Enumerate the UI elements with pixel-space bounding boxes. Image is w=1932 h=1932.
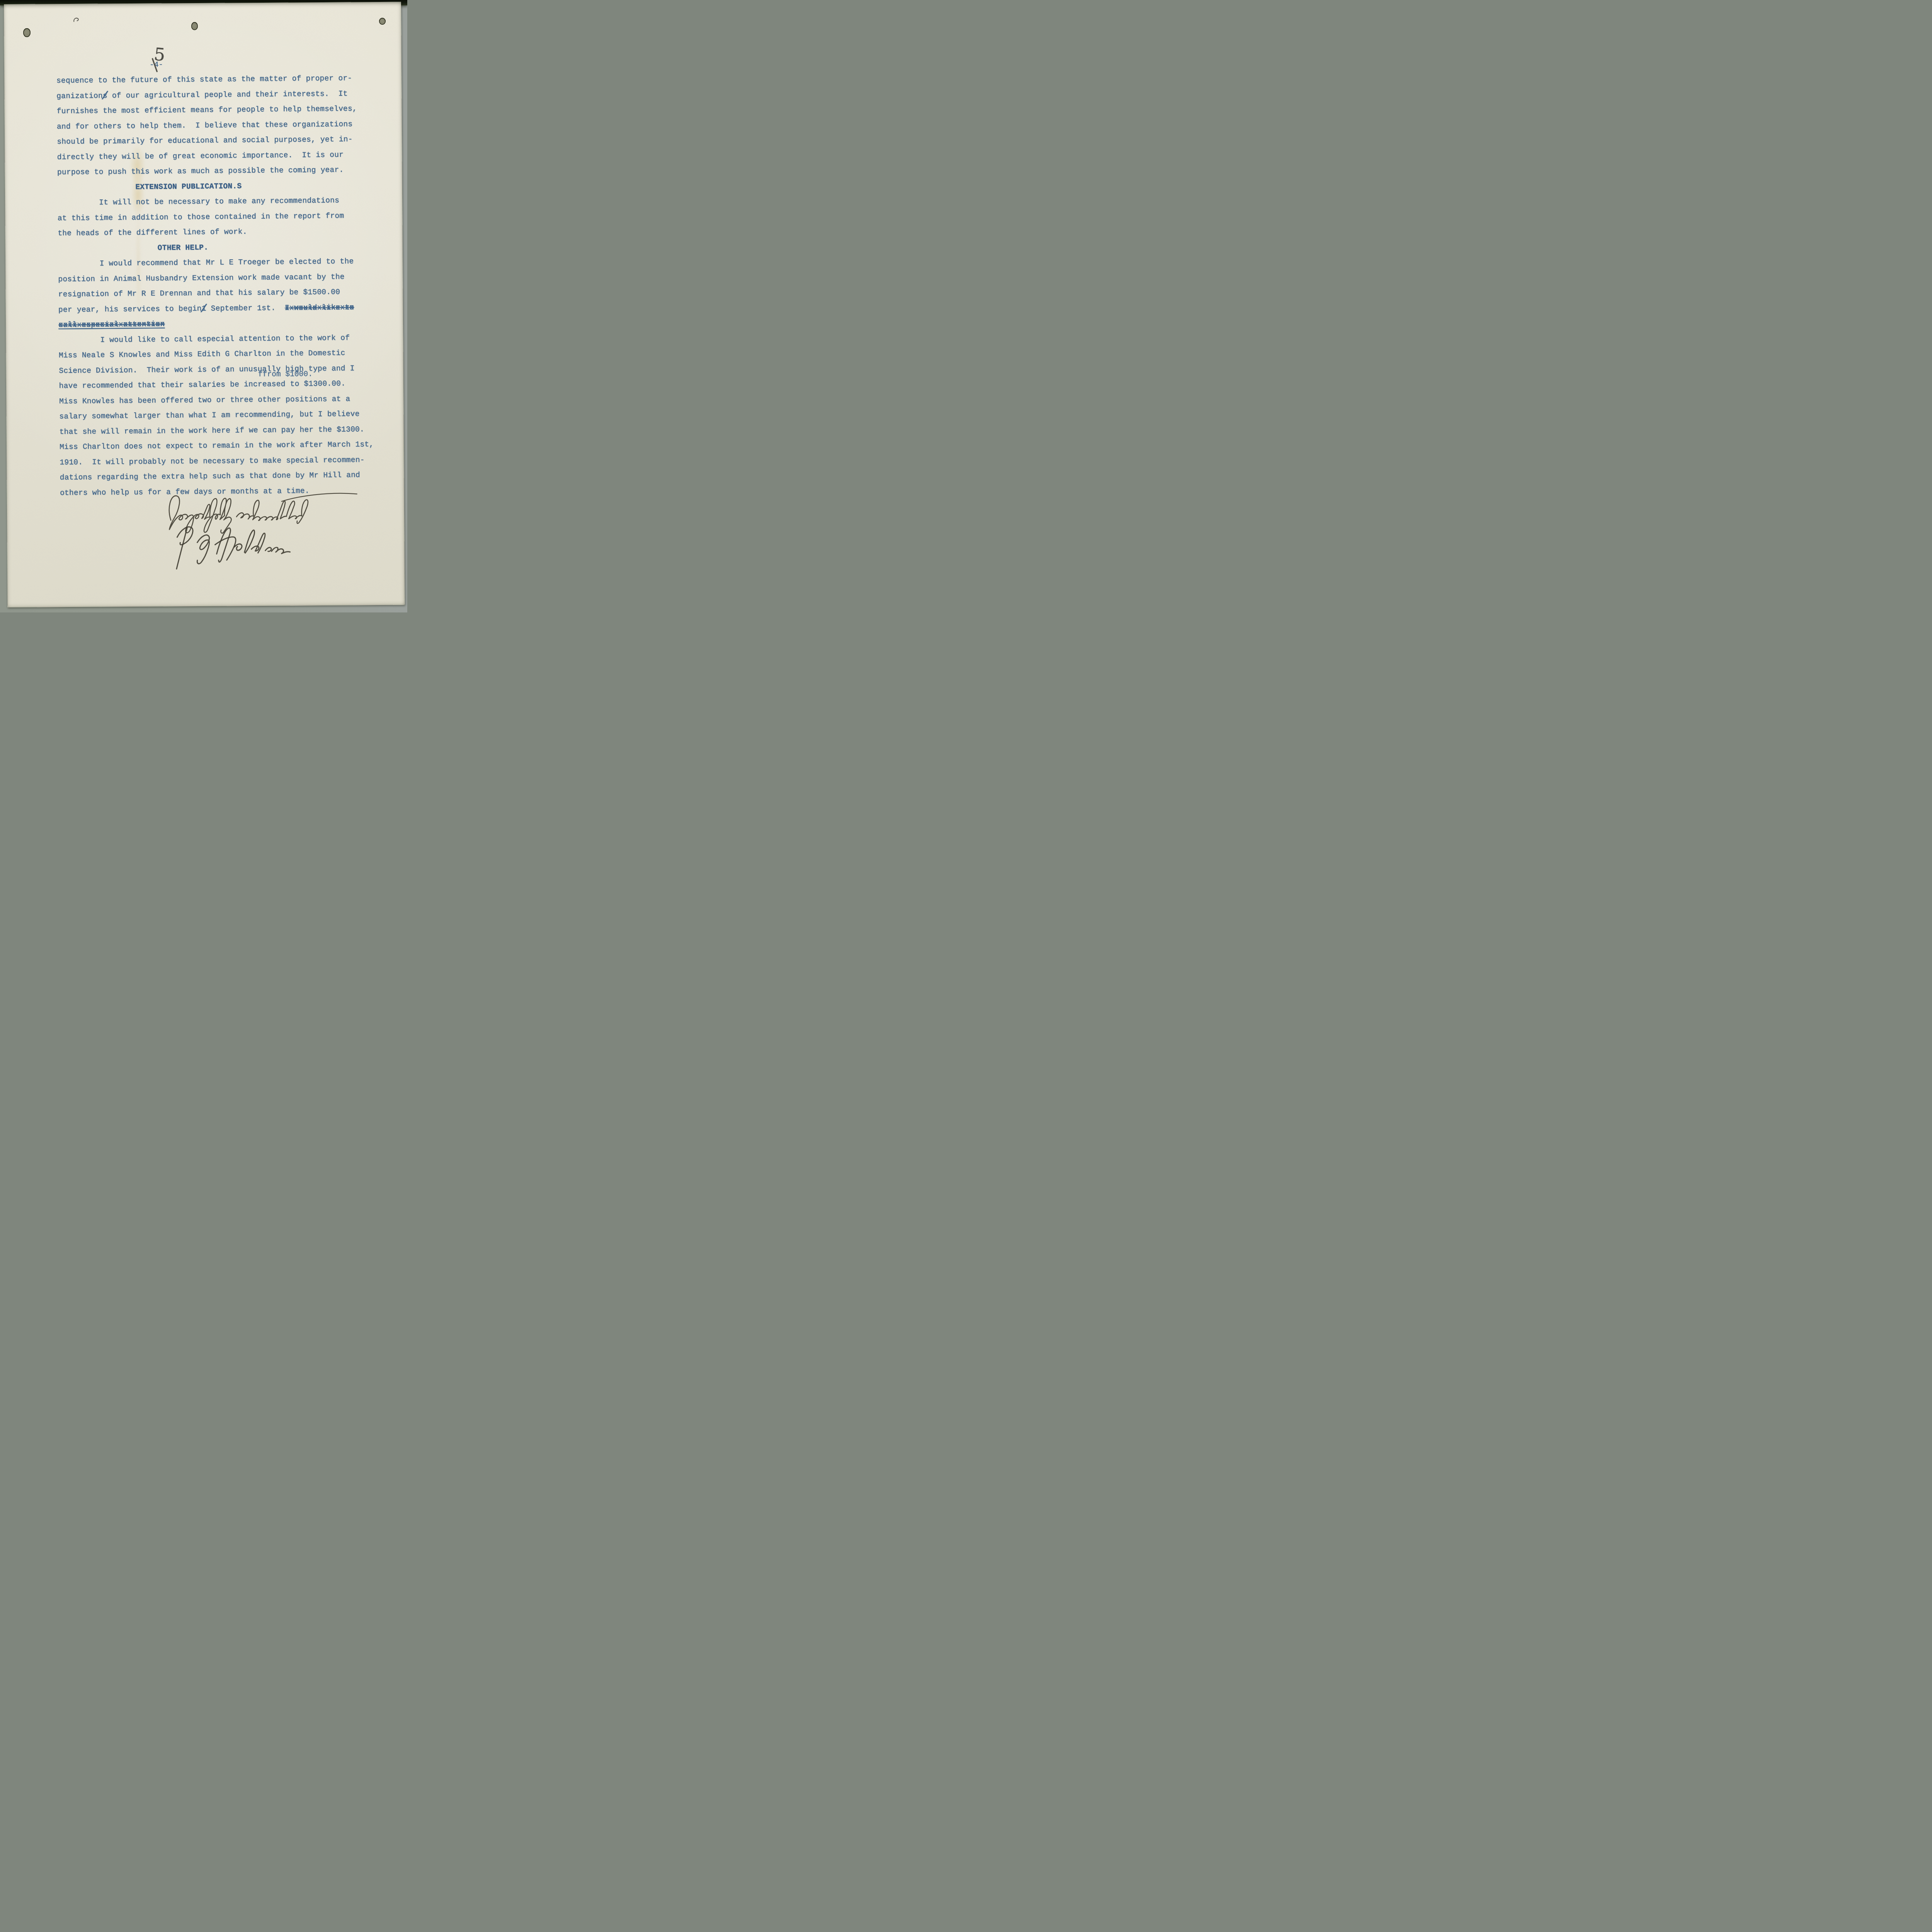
scanned-document: 5 -4- sequence to the future of this sta… [0, 0, 407, 612]
typed-line: sequence to the future of this state as … [56, 75, 352, 85]
typed-heading: EXTENSION PUBLICATION.S [135, 182, 241, 191]
typed-text: position in Animal Husbandry Extension w… [58, 273, 345, 283]
punch-hole-left [23, 28, 31, 37]
typed-text: EXTENSION PUBLICATION.S [135, 182, 241, 191]
typed-line: Miss Knowles has been offered two or thr… [59, 395, 350, 405]
struck-out-text: call especial attentionxxxxxxxxxxxxxxxxx… [58, 321, 165, 329]
typed-text: OTHER HELP. [158, 244, 209, 252]
typed-text: should be primarily for educational and … [57, 136, 352, 146]
typed-text: 1910. It will probably not be necessary … [60, 456, 364, 466]
typed-text: I would recommend that Mr L E Troeger be… [58, 258, 354, 268]
typed-line: and for others to help them. I believe t… [57, 121, 352, 131]
typed-insertion: ffrom $1000. [258, 370, 313, 379]
typed-text: furnishes the most efficient means for p… [57, 105, 357, 115]
slash-overstrike-mark: / [201, 302, 206, 316]
typed-text: Miss Knowles has been offered two or thr… [59, 395, 350, 405]
typed-heading: OTHER HELP. [158, 244, 209, 252]
typed-line: ganizations/ of our agricultural people … [56, 90, 348, 100]
typed-line: dations regarding the extra help such as… [60, 471, 360, 481]
typed-text: dations regarding the extra help such as… [60, 471, 360, 481]
typed-text: sequence to the future of this state as … [56, 75, 352, 85]
typed-line: the heads of the different lines of work… [58, 228, 247, 238]
typed-line: directly they will be of great economic … [57, 151, 344, 161]
typed-text: I would like to call especial attention … [59, 334, 350, 344]
typed-line: I would recommend that Mr L E Troeger be… [58, 258, 354, 268]
typed-text: have recommended that their salaries be … [59, 380, 346, 390]
slash-overstrike-mark: / [102, 89, 107, 104]
typed-line: should be primarily for educational and … [57, 136, 352, 146]
typed-line: position in Animal Husbandry Extension w… [58, 273, 345, 283]
typed-line: I would like to call especial attention … [59, 334, 350, 344]
typed-line: have recommended that their salaries be … [59, 380, 346, 390]
typed-line: others who help us for a few days or mon… [60, 487, 310, 497]
typed-text: per year, his services to begin [58, 305, 202, 314]
typed-text: purpose to push this work as much as pos… [57, 167, 344, 177]
typed-line: Miss Neale S Knowles and Miss Edith G Ch… [59, 350, 345, 360]
typed-line: Miss Charlton does not expect to remain … [60, 441, 374, 451]
typed-line: resignation of Mr R E Drennan and that h… [58, 289, 340, 299]
typed-line: per year, his services to begin1/ Septem… [58, 304, 354, 314]
typed-text: that she will remain in the work here if… [60, 426, 364, 436]
punch-hole-center [191, 22, 198, 30]
typed-line: call especial attentionxxxxxxxxxxxxxxxxx… [58, 321, 165, 329]
struck-out-text: I would like toxxxxxxxxxxxxxxx [285, 304, 354, 312]
slashed-character: s/ [103, 92, 107, 100]
typed-text-block: sequence to the future of this state as … [3, 1, 405, 608]
typed-text: of our agricultural people and their int… [107, 90, 348, 100]
punch-hole-right [379, 18, 386, 25]
typed-line: It will not be necessary to make any rec… [58, 197, 340, 207]
typed-line: furnishes the most efficient means for p… [57, 105, 357, 115]
typed-text: the heads of the different lines of work… [58, 228, 247, 238]
typed-text: others who help us for a few days or mon… [60, 487, 310, 497]
typed-text: and for others to help them. I believe t… [57, 121, 352, 131]
typed-text: salary somewhat larger than what I am re… [59, 410, 359, 420]
typed-text: It will not be necessary to make any rec… [58, 197, 340, 207]
x-overstrike-marks: xxxxxxxxxxxxxxxxxxxxxxx [58, 321, 165, 329]
paper-sheet: 5 -4- sequence to the future of this sta… [4, 2, 405, 607]
typed-text: resignation of Mr R E Drennan and that h… [58, 289, 340, 299]
typed-text: Miss Charlton does not expect to remain … [60, 441, 374, 451]
typed-line: purpose to push this work as much as pos… [57, 167, 344, 177]
typed-line: 1910. It will probably not be necessary … [60, 456, 364, 466]
typed-text: Miss Neale S Knowles and Miss Edith G Ch… [59, 350, 345, 360]
slashed-character: 1/ [202, 305, 206, 313]
typed-text: at this time in addition to those contai… [58, 212, 344, 222]
typed-text: September 1st. [206, 304, 285, 313]
typed-text: ganization [56, 92, 103, 100]
typed-line: salary somewhat larger than what I am re… [59, 410, 359, 420]
typed-line: that she will remain in the work here if… [60, 426, 364, 436]
typed-text: directly they will be of great economic … [57, 151, 344, 161]
x-overstrike-marks: xxxxxxxxxxxxxxx [285, 304, 354, 312]
typed-line: at this time in addition to those contai… [58, 212, 344, 222]
